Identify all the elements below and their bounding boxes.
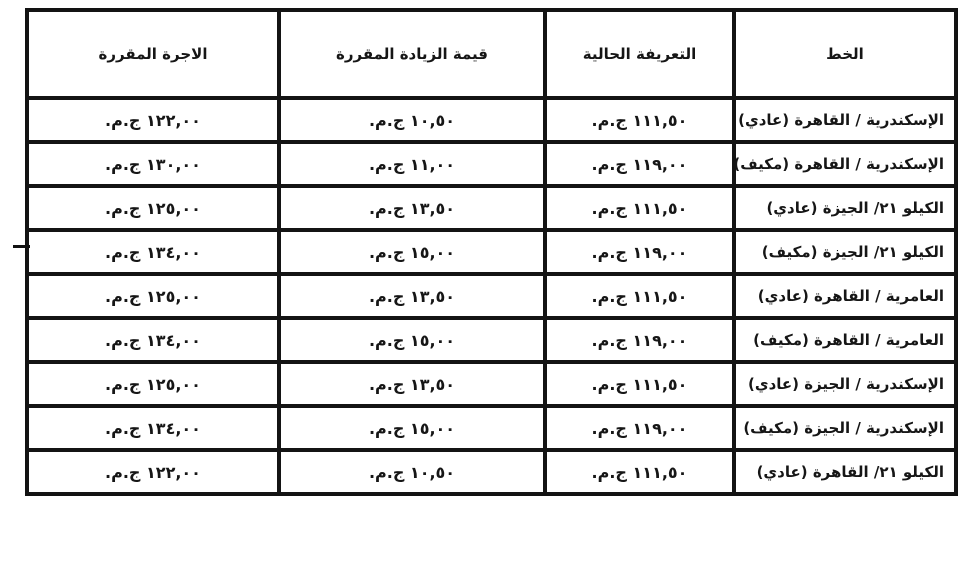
increase-cell: ١٠,٥٠ ج.م. [279, 98, 545, 142]
tariff-cell: ١١٩,٠٠ ج.م. [545, 230, 734, 274]
tariff-cell: ١١١,٥٠ ج.م. [545, 98, 734, 142]
tariff-cell: ١١١,٥٠ ج.م. [545, 274, 734, 318]
table-row: العامرية / القاهرة (مكيف) ١١٩,٠٠ ج.م. ١٥… [27, 318, 956, 362]
fare-cell: ١٣٤,٠٠ ج.م. [27, 230, 279, 274]
table-row: العامرية / القاهرة (عادي) ١١١,٥٠ ج.م. ١٣… [27, 274, 956, 318]
route-cell: الإسكندرية / الجيزة (عادي) [734, 362, 956, 406]
tariff-cell: ١١٩,٠٠ ج.م. [545, 406, 734, 450]
route-cell: الإسكندرية / القاهرة (مكيف) [734, 142, 956, 186]
route-cell: الإسكندرية / الجيزة (مكيف) [734, 406, 956, 450]
table-row: الإسكندرية / القاهرة (عادي) ١١١,٥٠ ج.م. … [27, 98, 956, 142]
fare-table: الخط التعريفة الحالية قيمة الزيادة المقر… [27, 10, 956, 494]
scanned-page: الخط التعريفة الحالية قيمة الزيادة المقر… [0, 0, 977, 564]
tariff-cell: ١١١,٥٠ ج.م. [545, 186, 734, 230]
header-row: الخط التعريفة الحالية قيمة الزيادة المقر… [27, 10, 956, 98]
col-header-tariff: التعريفة الحالية [545, 10, 734, 98]
route-cell: الإسكندرية / القاهرة (عادي) [734, 98, 956, 142]
increase-cell: ١٥,٠٠ ج.م. [279, 318, 545, 362]
table-row: الإسكندرية / الجيزة (عادي) ١١١,٥٠ ج.م. ١… [27, 362, 956, 406]
table-row: الكيلو ٢١/ الجيزة (عادي) ١١١,٥٠ ج.م. ١٣,… [27, 186, 956, 230]
col-header-fare: الاجرة المقررة [27, 10, 279, 98]
fare-cell: ١٣٤,٠٠ ج.م. [27, 406, 279, 450]
increase-cell: ١٣,٥٠ ج.م. [279, 274, 545, 318]
tariff-cell: ١١١,٥٠ ج.م. [545, 450, 734, 494]
tariff-cell: ١١٩,٠٠ ج.م. [545, 318, 734, 362]
fare-cell: ١٢٥,٠٠ ج.م. [27, 274, 279, 318]
tariff-cell: ١١١,٥٠ ج.م. [545, 362, 734, 406]
increase-cell: ١٣,٥٠ ج.م. [279, 362, 545, 406]
table-row: الكيلو ٢١/ الجيزة (مكيف) ١١٩,٠٠ ج.م. ١٥,… [27, 230, 956, 274]
table-row: الكيلو ٢١/ القاهرة (عادي) ١١١,٥٠ ج.م. ١٠… [27, 450, 956, 494]
tariff-cell: ١١٩,٠٠ ج.م. [545, 142, 734, 186]
fare-cell: ١٢٥,٠٠ ج.م. [27, 362, 279, 406]
fare-cell: ١٢٢,٠٠ ج.م. [27, 450, 279, 494]
fare-cell: ١٣٠,٠٠ ج.م. [27, 142, 279, 186]
increase-cell: ١٠,٥٠ ج.م. [279, 450, 545, 494]
scan-artifact-dash [13, 245, 30, 248]
fare-table-container: الخط التعريفة الحالية قيمة الزيادة المقر… [25, 8, 958, 496]
table-row: الإسكندرية / القاهرة (مكيف) ١١٩,٠٠ ج.م. … [27, 142, 956, 186]
table-row: الإسكندرية / الجيزة (مكيف) ١١٩,٠٠ ج.م. ١… [27, 406, 956, 450]
route-cell: الكيلو ٢١/ الجيزة (عادي) [734, 186, 956, 230]
route-cell: العامرية / القاهرة (مكيف) [734, 318, 956, 362]
route-cell: الكيلو ٢١/ القاهرة (عادي) [734, 450, 956, 494]
fare-cell: ١٢٥,٠٠ ج.م. [27, 186, 279, 230]
route-cell: العامرية / القاهرة (عادي) [734, 274, 956, 318]
route-cell: الكيلو ٢١/ الجيزة (مكيف) [734, 230, 956, 274]
col-header-increase: قيمة الزيادة المقررة [279, 10, 545, 98]
increase-cell: ١٣,٥٠ ج.م. [279, 186, 545, 230]
fare-cell: ١٣٤,٠٠ ج.م. [27, 318, 279, 362]
increase-cell: ١١,٠٠ ج.م. [279, 142, 545, 186]
fare-cell: ١٢٢,٠٠ ج.م. [27, 98, 279, 142]
col-header-route: الخط [734, 10, 956, 98]
increase-cell: ١٥,٠٠ ج.م. [279, 406, 545, 450]
increase-cell: ١٥,٠٠ ج.م. [279, 230, 545, 274]
